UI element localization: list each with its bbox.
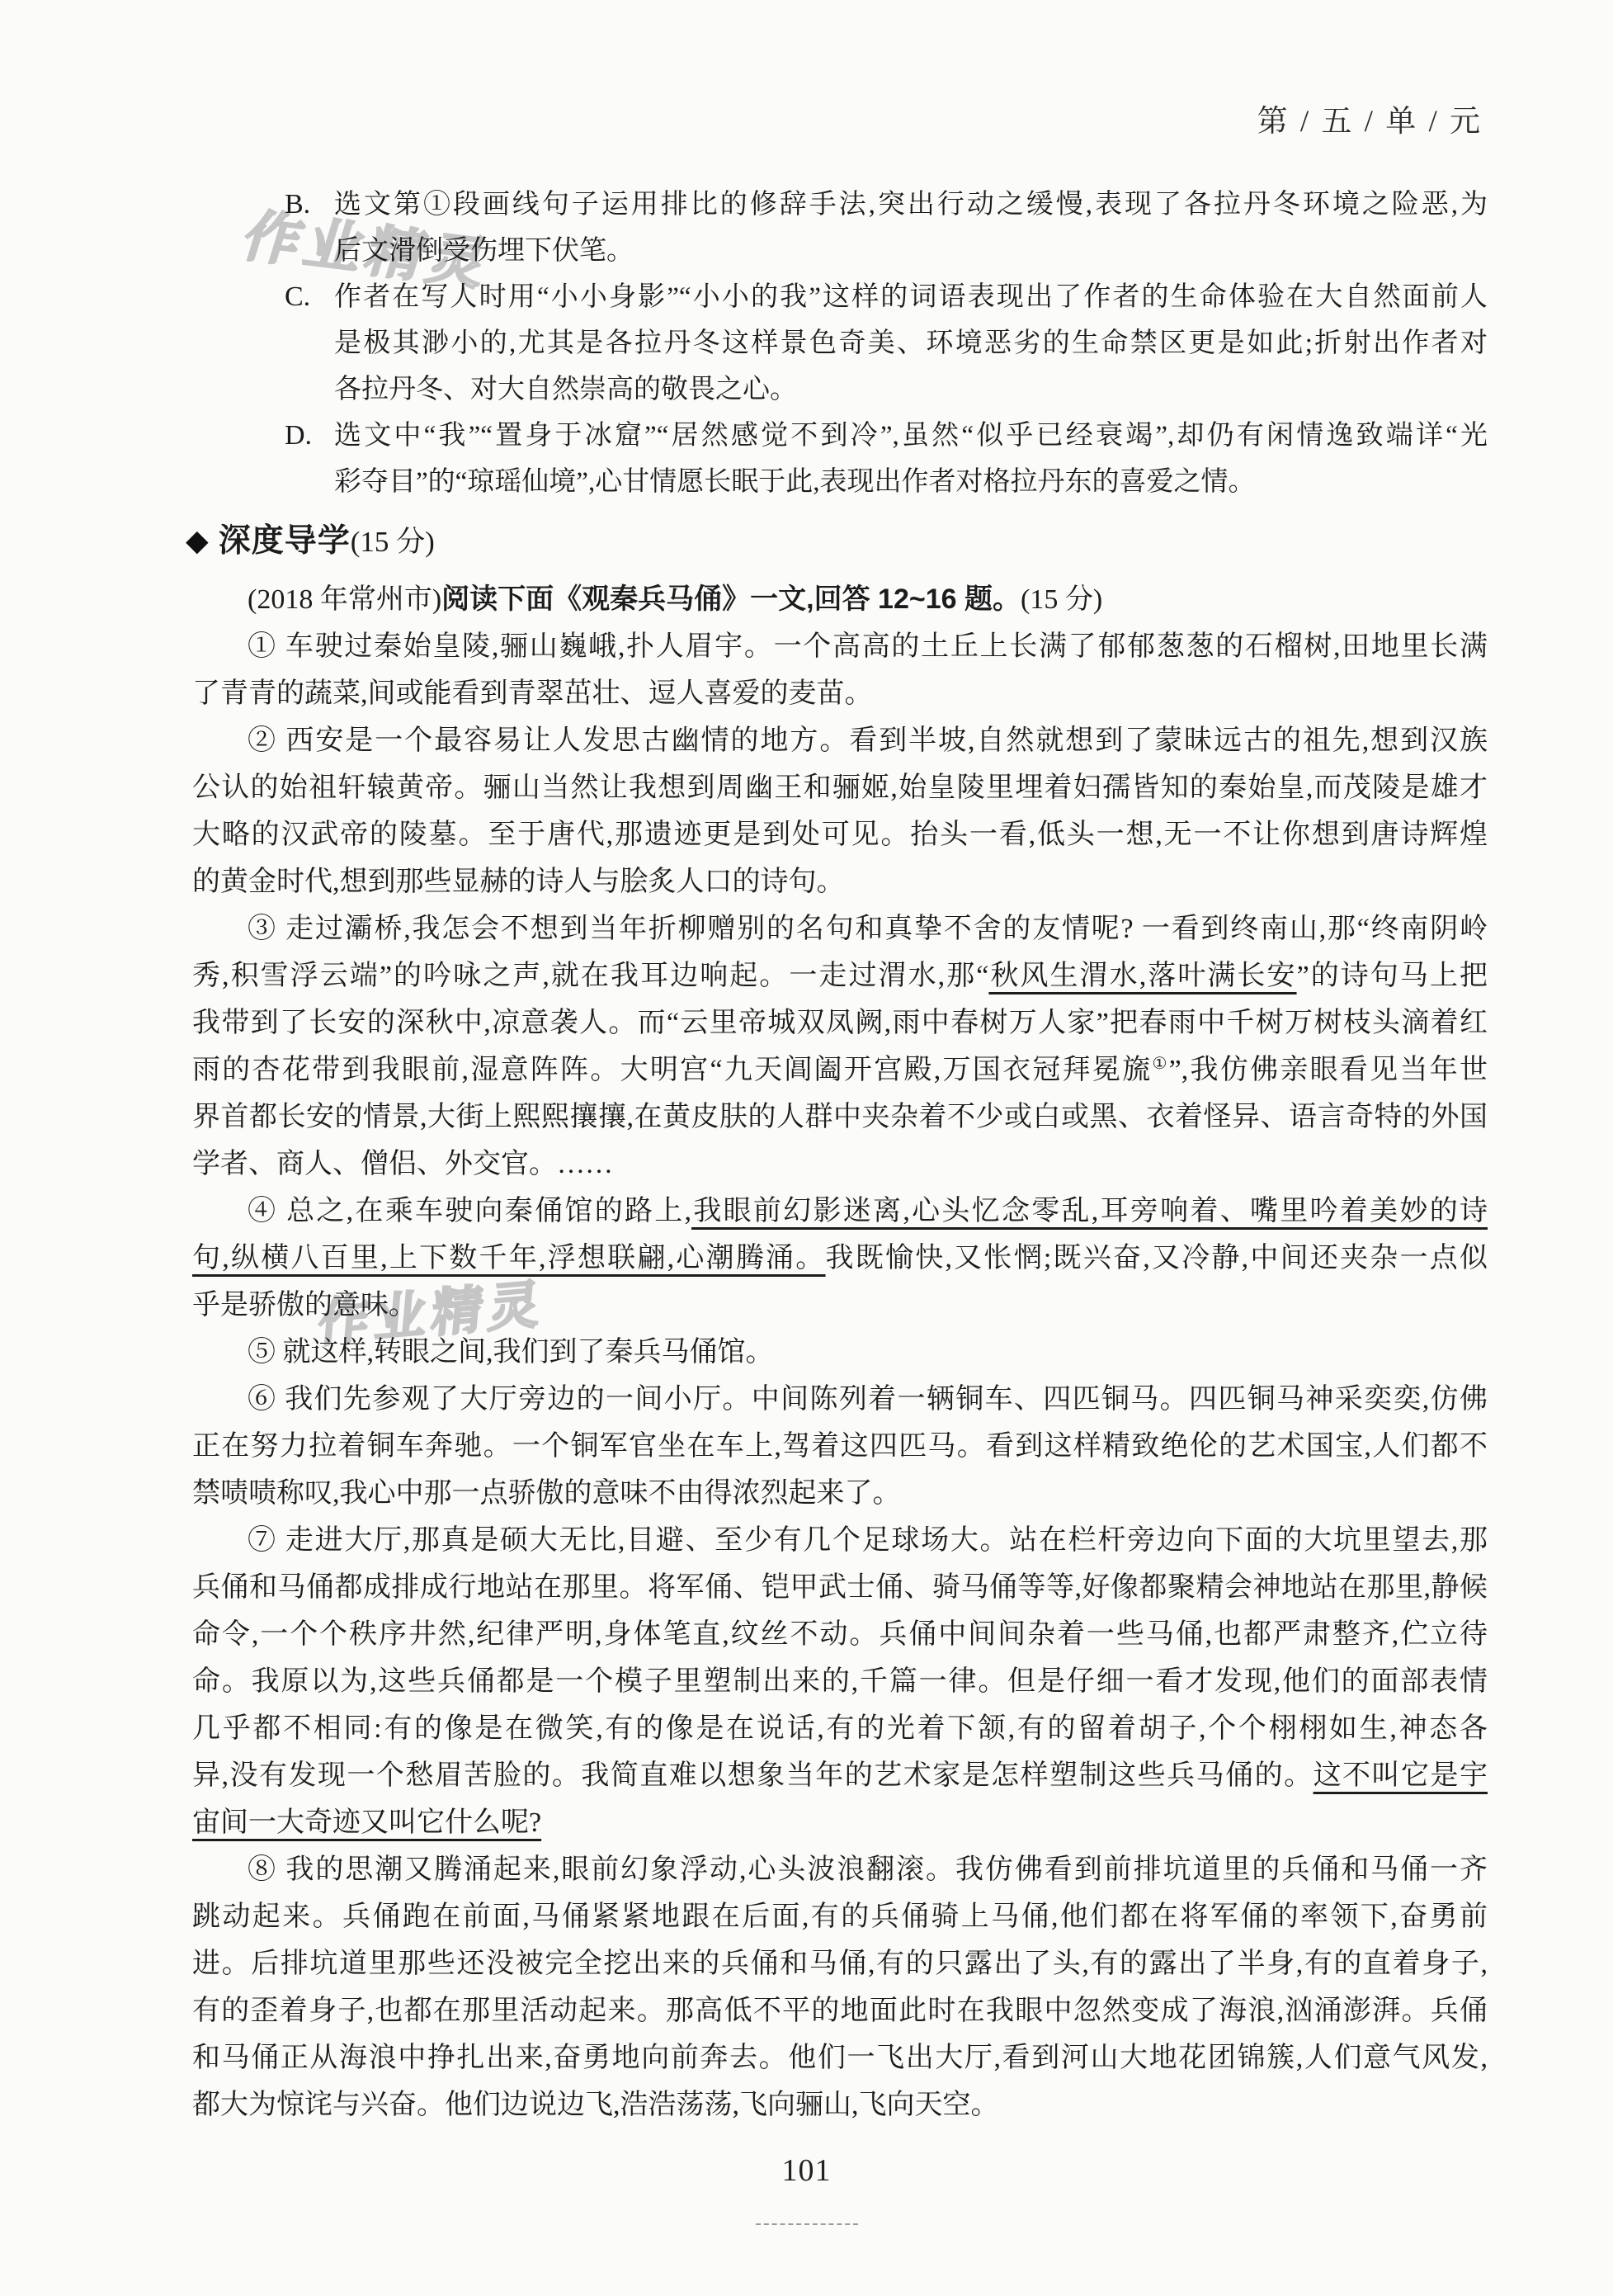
text-line: 兵俑和马俑都成排成行地站在那里。将军俑、铠甲武士俑、骑马俑等等,好像都聚精会神地…: [192, 1564, 1488, 1611]
choice-option: C.作者在写人时用“小小身影”“小小的我”这样的词语表现出了作者的生命体验在大自…: [192, 274, 1488, 413]
text-line: 乎是骄傲的意味。: [192, 1282, 1488, 1329]
text-line: ⑦ 走进大厅,那真是硕大无比,目避、至少有几个足球场大。站在栏杆旁边向下面的大坑…: [192, 1517, 1488, 1564]
option-label: C.: [285, 274, 310, 320]
text-line: 我带到了长安的深秋中,凉意袭人。而“云里帝城双凤阙,雨中春树万人家”把春雨中千树…: [192, 999, 1488, 1046]
text-line: 后文滑倒受伤埋下伏笔。: [192, 228, 1488, 274]
text-segment: ”,我仿佛亲眼看见当年世: [1169, 1055, 1488, 1085]
text-segment: ”的诗句马上把: [1297, 961, 1488, 991]
text-segment: 命令,一个个秩序井然,纪律严明,身体笔直,纹丝不动。兵俑中间间杂着一些马俑,也都…: [192, 1619, 1488, 1650]
text-segment: 禁啧啧称叹,我心中那一点骄傲的意味不由得浓烈起来了。: [192, 1478, 901, 1509]
text-segment: 句,纵横八百里,上下数千年,浮想联翩,心潮腾涌。: [192, 1243, 826, 1273]
unit-header: 第 / 五 / 单 / 元: [1257, 96, 1483, 140]
text-line: 了青青的蔬菜,间或能看到青翠茁壮、逗人喜爱的麦苗。: [192, 670, 1488, 717]
text-line: (2018 年常州市)阅读下面《观秦兵马俑》一文,回答 12~16 题。(15 …: [192, 576, 1488, 623]
text-line: 进。后排坑道里那些还没被完全挖出来的兵俑和马俑,有的只露出了头,有的露出了半身,…: [192, 1940, 1488, 1987]
text-line: 学者、商人、僧侣、外交官。……: [192, 1141, 1488, 1188]
text-line: 各拉丹冬、对大自然崇高的敬畏之心。: [192, 366, 1488, 413]
text-segment: 界首都长安的情景,大街上熙熙攘攘,在黄皮肤的人群中夹杂着不少或白或黑、衣着怪异、…: [192, 1102, 1488, 1132]
option-label: B.: [285, 182, 310, 228]
text-segment: 秋风生渭水,落叶满长安: [988, 961, 1296, 991]
text-line: 命。我原以为,这些兵俑都是一个模子里塑制出来的,千篇一律。但是仔细一看才发现,他…: [192, 1658, 1488, 1705]
text-segment: 雨的杏花带到我眼前,湿意阵阵。大明宫“九天阊阖开宫殿,万国衣冠拜冕旒: [192, 1055, 1152, 1085]
text-segment: 异,没有发现一个愁眉苦脸的。我简直难以想象当年的艺术家是怎样塑制这些兵马俑的。: [192, 1760, 1314, 1791]
text-segment: 有的歪着身子,也都在那里活动起来。那高低不平的地面此时在我眼中忽然变成了海浪,汹…: [192, 1996, 1488, 2026]
reading-passage: (2018 年常州市)阅读下面《观秦兵马俑》一文,回答 12~16 题。(15 …: [192, 576, 1488, 2128]
text-segment: 选文中“我”“置身于冰窟”“居然感觉不到冷”,虽然“似乎已经衰竭”,却仍有闲情逸…: [334, 421, 1488, 451]
text-line: 界首都长安的情景,大街上熙熙攘攘,在黄皮肤的人群中夹杂着不少或白或黑、衣着怪异、…: [192, 1094, 1488, 1141]
text-line: 正在努力拉着铜车奔驰。一个铜军官坐在车上,驾着这四匹马。看到这样精致绝伦的艺术国…: [192, 1423, 1488, 1470]
text-line: 作者在写人时用“小小身影”“小小的我”这样的词语表现出了作者的生命体验在大自然面…: [192, 274, 1488, 320]
text-line: 的黄金时代,想到那些显赫的诗人与脍炙人口的诗句。: [192, 858, 1488, 905]
choice-option: B.选文第①段画线句子运用排比的修辞手法,突出行动之缓慢,表现了各拉丹冬环境之险…: [192, 182, 1488, 274]
text-segment: 作者在写人时用“小小身影”“小小的我”这样的词语表现出了作者的生命体验在大自然面…: [334, 282, 1488, 312]
text-line: 雨的杏花带到我眼前,湿意阵阵。大明宫“九天阊阖开宫殿,万国衣冠拜冕旒①”,我仿佛…: [192, 1046, 1488, 1094]
text-segment: ⑦ 走进大厅,那真是硕大无比,目避、至少有几个足球场大。站在栏杆旁边向下面的大坑…: [248, 1525, 1488, 1556]
text-line: 是极其渺小的,尤其是各拉丹冬这样景色奇美、环境恶劣的生命禁区更是如此;折射出作者…: [192, 320, 1488, 366]
text-segment: ③ 走过灞桥,我怎会不想到当年折柳赠别的名句和真挚不舍的友情呢? 一看到终南山,…: [248, 914, 1488, 944]
text-line: 跳动起来。兵俑跑在前面,马俑紧紧地跟在后面,有的兵俑骑上马俑,他们都在将军俑的率…: [192, 1893, 1488, 1940]
text-line: ① 车驶过秦始皇陵,骊山巍峨,扑人眉宇。一个高高的土丘上长满了郁郁葱葱的石榴树,…: [192, 623, 1488, 670]
text-line: 禁啧啧称叹,我心中那一点骄傲的意味不由得浓烈起来了。: [192, 1470, 1488, 1517]
text-segment: 乎是骄傲的意味。: [192, 1290, 417, 1320]
text-line: 选文中“我”“置身于冰窟”“居然感觉不到冷”,虽然“似乎已经衰竭”,却仍有闲情逸…: [192, 413, 1488, 459]
text-segment: ① 车驶过秦始皇陵,骊山巍峨,扑人眉宇。一个高高的土丘上长满了郁郁葱葱的石榴树,…: [248, 631, 1488, 662]
text-segment: 大略的汉武帝的陵墓。至于唐代,那遗迹更是到处可见。抬头一看,低头一想,无一不让你…: [192, 820, 1488, 850]
text-line: ② 西安是一个最容易让人发思古幽情的地方。看到半坡,自然就想到了蒙昧远古的祖先,…: [192, 717, 1488, 764]
section-heading: ◆深度导学(15 分): [186, 515, 435, 561]
text-segment: 兵俑和马俑都成排成行地站在那里。将军俑、铠甲武士俑、骑马俑等等,好像都聚精会神地…: [192, 1572, 1488, 1603]
text-segment: 几乎都不相同:有的像是在微笑,有的像是在说话,有的光着下颔,有的留着胡子,个个栩…: [192, 1713, 1488, 1744]
text-line: 几乎都不相同:有的像是在微笑,有的像是在说话,有的光着下颔,有的留着胡子,个个栩…: [192, 1705, 1488, 1752]
text-segment: 我眼前幻影迷离,心头忆念零乱,耳旁响着、嘴里吟着美妙的诗: [691, 1196, 1488, 1226]
text-segment: 我既愉快,又怅惘;既兴奋,又冷静,中间还夹杂一点似: [826, 1243, 1488, 1273]
page-number: 101: [0, 2152, 1613, 2189]
text-segment: ④ 总之,在乘车驶向秦俑馆的路上,: [248, 1196, 691, 1226]
text-segment: ⑥ 我们先参观了大厅旁边的一间小厅。中间陈列着一辆铜车、四匹铜马。四匹铜马神采奕…: [248, 1384, 1488, 1415]
text-segment: 宙间一大奇迹又叫它什么呢?: [192, 1807, 541, 1838]
text-segment: 进。后排坑道里那些还没被完全挖出来的兵俑和马俑,有的只露出了头,有的露出了半身,…: [192, 1949, 1488, 1979]
text-line: 命令,一个个秩序井然,纪律严明,身体笔直,纹丝不动。兵俑中间间杂着一些马俑,也都…: [192, 1611, 1488, 1658]
text-segment: 阅读下面《观秦兵马俑》一文,回答 12~16 题。: [441, 583, 1021, 615]
text-line: ④ 总之,在乘车驶向秦俑馆的路上,我眼前幻影迷离,心头忆念零乱,耳旁响着、嘴里吟…: [192, 1188, 1488, 1235]
scanned-textbook-page: 第 / 五 / 单 / 元 作业精灵 作业精灵 B.选文第①段画线句子运用排比的…: [0, 0, 1613, 2296]
text-line: ⑧ 我的思潮又腾涌起来,眼前幻象浮动,心头波浪翻滚。我仿佛看到前排坑道里的兵俑和…: [192, 1846, 1488, 1893]
text-segment: 选文第①段画线句子运用排比的修辞手法,突出行动之缓慢,表现了各拉丹冬环境之险恶,…: [334, 190, 1488, 220]
text-segment: ② 西安是一个最容易让人发思古幽情的地方。看到半坡,自然就想到了蒙昧远古的祖先,…: [248, 725, 1488, 756]
text-segment: 了青青的蔬菜,间或能看到青翠茁壮、逗人喜爱的麦苗。: [192, 678, 873, 709]
text-segment: ①: [1152, 1055, 1168, 1073]
text-line: 公认的始祖轩辕黄帝。骊山当然让我想到周幽王和骊姬,始皇陵里埋着妇孺皆知的秦始皇,…: [192, 764, 1488, 811]
section-score: (15 分): [351, 526, 435, 558]
text-line: 秀,积雪浮云端”的吟咏之声,就在我耳边响起。一走过渭水,那“秋风生渭水,落叶满长…: [192, 952, 1488, 999]
text-line: ⑤ 就这样,转眼之间,我们到了秦兵马俑馆。: [192, 1329, 1488, 1376]
footer-dashed-rule: [756, 2223, 858, 2225]
text-segment: 命。我原以为,这些兵俑都是一个模子里塑制出来的,千篇一律。但是仔细一看才发现,他…: [192, 1666, 1488, 1697]
text-segment: 彩夺目”的“琼瑶仙境”,心甘情愿长眠于此,表现出作者对格拉丹东的喜爱之情。: [334, 467, 1255, 497]
text-segment: 后文滑倒受伤埋下伏笔。: [334, 236, 634, 266]
text-segment: 学者、商人、僧侣、外交官。……: [192, 1149, 613, 1179]
text-line: 宙间一大奇迹又叫它什么呢?: [192, 1799, 1488, 1846]
text-line: 句,纵横八百里,上下数千年,浮想联翩,心潮腾涌。我既愉快,又怅惘;既兴奋,又冷静…: [192, 1235, 1488, 1282]
text-segment: (15 分): [1021, 584, 1102, 615]
text-segment: 都大为惊诧与兴奋。他们边说边飞,浩浩荡荡,飞向骊山,飞向天空。: [192, 2090, 999, 2120]
text-line: 都大为惊诧与兴奋。他们边说边飞,浩浩荡荡,飞向骊山,飞向天空。: [192, 2081, 1488, 2128]
text-segment: 是极其渺小的,尤其是各拉丹冬这样景色奇美、环境恶劣的生命禁区更是如此;折射出作者…: [334, 328, 1488, 358]
choice-option: D.选文中“我”“置身于冰窟”“居然感觉不到冷”,虽然“似乎已经衰竭”,却仍有闲…: [192, 413, 1488, 505]
text-segment: 各拉丹冬、对大自然崇高的敬畏之心。: [334, 375, 797, 404]
text-line: 大略的汉武帝的陵墓。至于唐代,那遗迹更是到处可见。抬头一看,低头一想,无一不让你…: [192, 811, 1488, 858]
text-segment: ⑤ 就这样,转眼之间,我们到了秦兵马俑馆。: [248, 1337, 774, 1368]
text-segment: 我带到了长安的深秋中,凉意袭人。而“云里帝城双凤阙,雨中春树万人家”把春雨中千树…: [192, 1008, 1488, 1038]
text-segment: 这不叫它是宇: [1314, 1760, 1488, 1791]
text-segment: 公认的始祖轩辕黄帝。骊山当然让我想到周幽王和骊姬,始皇陵里埋着妇孺皆知的秦始皇,…: [192, 772, 1488, 803]
text-line: 有的歪着身子,也都在那里活动起来。那高低不平的地面此时在我眼中忽然变成了海浪,汹…: [192, 1987, 1488, 2034]
text-segment: 和马俑正从海浪中挣扎出来,奋勇地向前奔去。他们一飞出大厅,看到河山大地花团锦簇,…: [192, 2043, 1488, 2073]
text-line: ③ 走过灞桥,我怎会不想到当年折柳赠别的名句和真挚不舍的友情呢? 一看到终南山,…: [192, 905, 1488, 952]
text-line: 彩夺目”的“琼瑶仙境”,心甘情愿长眠于此,表现出作者对格拉丹东的喜爱之情。: [192, 459, 1488, 505]
text-line: 选文第①段画线句子运用排比的修辞手法,突出行动之缓慢,表现了各拉丹冬环境之险恶,…: [192, 182, 1488, 228]
text-segment: 秀,积雪浮云端”的吟咏之声,就在我耳边响起。一走过渭水,那“: [192, 961, 988, 991]
text-segment: 跳动起来。兵俑跑在前面,马俑紧紧地跟在后面,有的兵俑骑上马俑,他们都在将军俑的率…: [192, 1902, 1488, 1932]
text-line: 和马俑正从海浪中挣扎出来,奋勇地向前奔去。他们一飞出大厅,看到河山大地花团锦簇,…: [192, 2034, 1488, 2081]
text-segment: 的黄金时代,想到那些显赫的诗人与脍炙人口的诗句。: [192, 867, 845, 897]
diamond-bullet-icon: ◆: [186, 524, 209, 557]
text-line: 异,没有发现一个愁眉苦脸的。我简直难以想象当年的艺术家是怎样塑制这些兵马俑的。这…: [192, 1752, 1488, 1799]
text-segment: (2018 年常州市): [248, 584, 441, 615]
option-label: D.: [285, 413, 312, 459]
text-segment: ⑧ 我的思潮又腾涌起来,眼前幻象浮动,心头波浪翻滚。我仿佛看到前排坑道里的兵俑和…: [248, 1854, 1488, 1885]
text-segment: 正在努力拉着铜车奔驰。一个铜军官坐在车上,驾着这四匹马。看到这样精致绝伦的艺术国…: [192, 1431, 1488, 1462]
text-line: ⑥ 我们先参观了大厅旁边的一间小厅。中间陈列着一辆铜车、四匹铜马。四匹铜马神采奕…: [192, 1376, 1488, 1423]
section-title: 深度导学: [209, 523, 351, 559]
choice-options-block: B.选文第①段画线句子运用排比的修辞手法,突出行动之缓慢,表现了各拉丹冬环境之险…: [192, 182, 1488, 505]
